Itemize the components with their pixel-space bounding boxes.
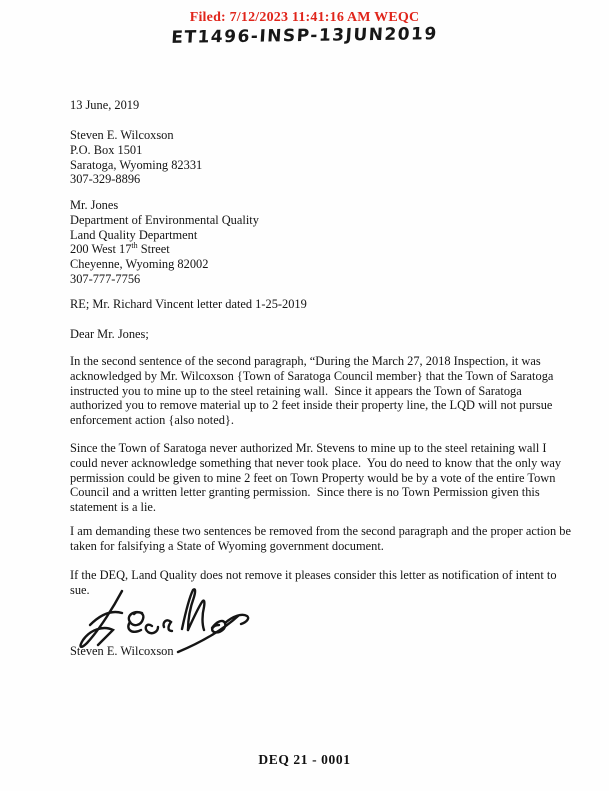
sender-name: Steven E. Wilcoxson bbox=[70, 128, 572, 143]
sender-address: Steven E. Wilcoxson P.O. Box 1501 Sarato… bbox=[70, 128, 572, 187]
signature-typed-name: Steven E. Wilcoxson bbox=[70, 644, 572, 659]
recipient-city: Cheyenne, Wyoming 82002 bbox=[70, 257, 572, 272]
recipient-phone: 307-777-7756 bbox=[70, 272, 572, 287]
recipient-address: Mr. Jones Department of Environmental Qu… bbox=[70, 198, 572, 287]
footer-page-label: DEQ 21 - 0001 bbox=[0, 752, 609, 768]
body-paragraph-2: Since the Town of Saratoga never authori… bbox=[70, 441, 572, 515]
handwritten-docket-annotation: ET1496-INSP-13JUN2019 bbox=[0, 22, 609, 51]
salutation: Dear Mr. Jones; bbox=[70, 327, 572, 342]
body-paragraph-1: In the second sentence of the second par… bbox=[70, 354, 572, 428]
sender-city: Saratoga, Wyoming 82331 bbox=[70, 158, 572, 173]
sender-po-box: P.O. Box 1501 bbox=[70, 143, 572, 158]
letter-date: 13 June, 2019 bbox=[70, 98, 572, 113]
recipient-dept: Land Quality Department bbox=[70, 228, 572, 243]
recipient-name: Mr. Jones bbox=[70, 198, 572, 213]
sender-phone: 307-329-8896 bbox=[70, 172, 572, 187]
body-paragraph-3: I am demanding these two sentences be re… bbox=[70, 524, 572, 554]
recipient-street: 200 West 17th Street bbox=[70, 242, 572, 257]
recipient-org: Department of Environmental Quality bbox=[70, 213, 572, 228]
scanned-letter-page: Filed: 7/12/2023 11:41:16 AM WEQC ET1496… bbox=[0, 0, 609, 791]
re-line: RE; Mr. Richard Vincent letter dated 1-2… bbox=[70, 297, 572, 312]
